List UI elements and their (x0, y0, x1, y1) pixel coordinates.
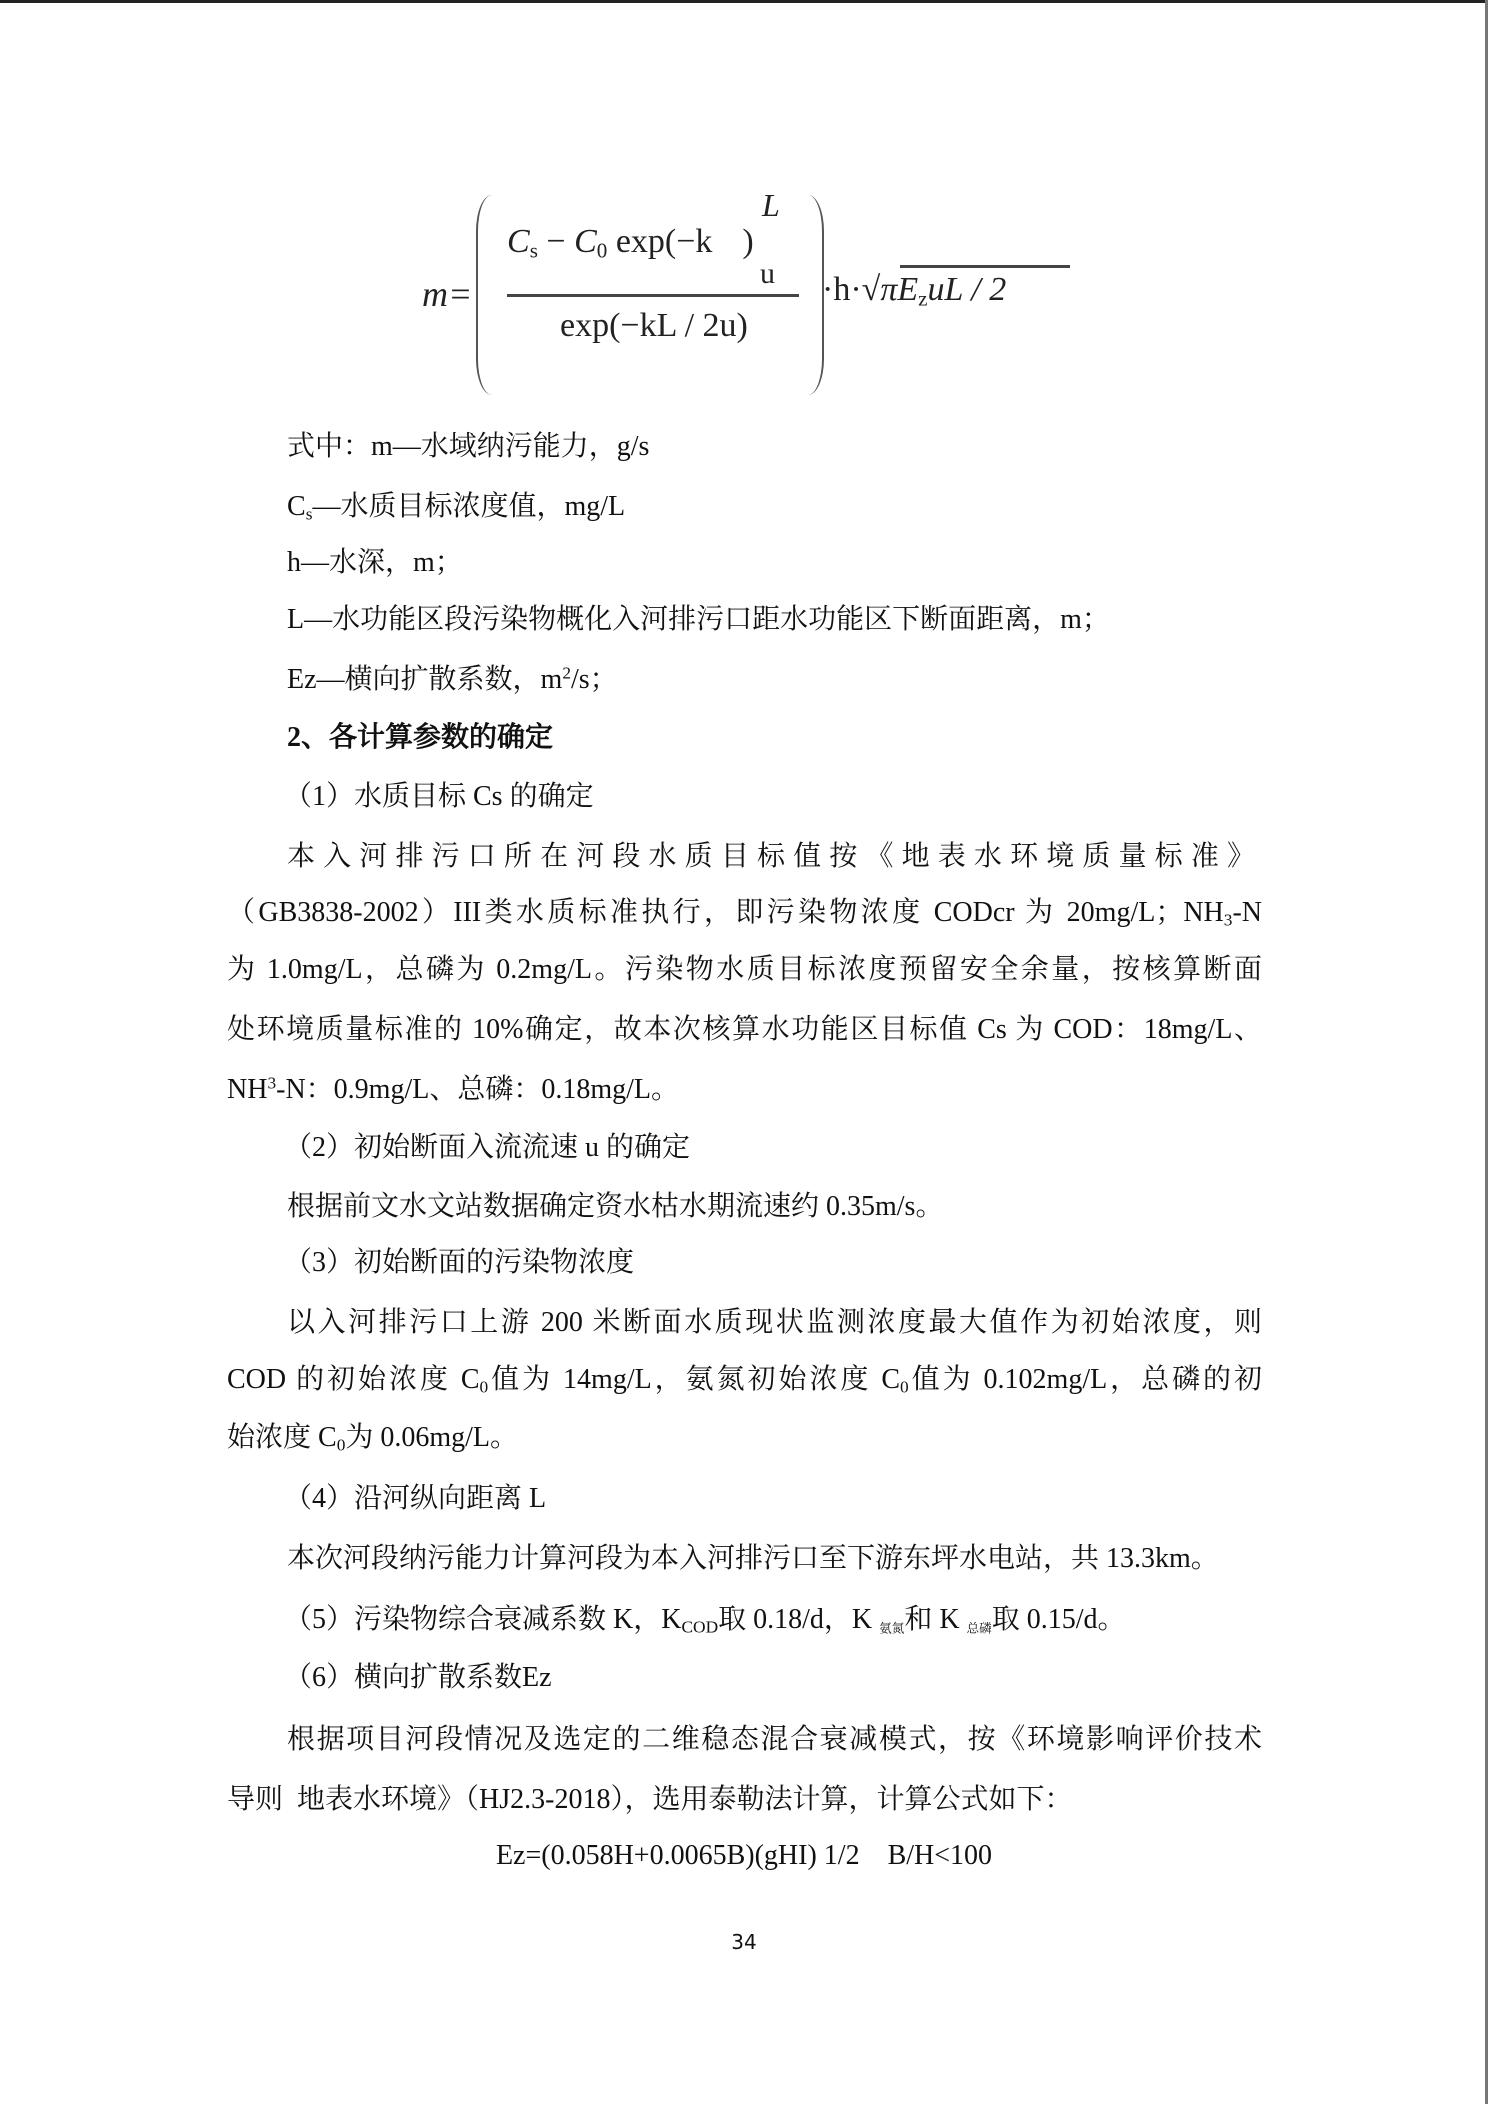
sub3-line1: 以入河排污口上游 200 米断面水质现状监测浓度最大值作为初始浓度，则 (287, 1303, 1262, 1343)
text: 取 0.15/d。 (992, 1604, 1126, 1635)
sub4-title: （4）沿河纵向距离 L (284, 1479, 546, 1519)
text: （GB3838-2002）III类水质标准执行，即污染物浓度 CODcr 为 2… (227, 897, 1224, 928)
radicand-end: uL / 2 (927, 271, 1006, 308)
text: 值为 14mg/L，氨氮初始浓度 C (488, 1364, 900, 1395)
section-heading: 2、各计算参数的确定 (287, 718, 553, 758)
ez-formula: Ez=(0.058H+0.0065B)(gHI) 1/2 B/H<100 (0, 1836, 1488, 1876)
nh3-sup: 3 (267, 1073, 276, 1092)
text: 始浓度 C (227, 1422, 337, 1453)
formula-numerator: Cs − C0 exp(−k) (507, 223, 754, 261)
def-cs: Cs—水质目标浓度值，mg/L (287, 487, 625, 527)
page-number: 34 (0, 1930, 1488, 1954)
formula-L: L (762, 187, 780, 224)
sub1-title: （1）水质目标 Cs 的确定 (284, 777, 594, 817)
def-L: L—水功能区段污染物概化入河排污口距水功能区下断面距离，m； (287, 600, 1110, 640)
formula-denominator: exp(−kL / 2u) (560, 307, 748, 345)
cs-desc: —水质目标浓度值，mg/L (312, 491, 625, 522)
c0-sub: 0 (900, 1377, 909, 1396)
exp-term: exp(−k (607, 223, 712, 260)
c0-sub: 0 (480, 1377, 489, 1396)
sub4-text: 本次河段纳污能力计算河段为本入河排污口至下游东坪水电站，共 13.3km。 (287, 1539, 1219, 1579)
sub3-title: （3）初始断面的污染物浓度 (284, 1243, 634, 1283)
c0-subscript: 0 (597, 238, 608, 262)
cs-subscript: s (530, 238, 538, 262)
minus: − (538, 223, 574, 260)
right-paren (792, 195, 824, 395)
sub1-line5: NH3-N：0.9mg/L、总磷：0.18mg/L。 (227, 1070, 679, 1110)
cs-label: C (287, 491, 306, 522)
sub3-line3: 始浓度 C0为 0.06mg/L。 (227, 1418, 518, 1458)
fraction-bar (507, 294, 799, 297)
text: NH (227, 1074, 267, 1105)
text: COD 的初始浓度 C (227, 1364, 480, 1395)
text: 值为 0.102mg/L，总磷的初 (909, 1364, 1262, 1395)
c0-symbol: C (574, 223, 597, 260)
text: 为 0.06mg/L。 (345, 1422, 518, 1453)
text: （5）污染物综合衰减系数 K，K (284, 1604, 681, 1635)
kcod-sub: COD (681, 1617, 718, 1636)
def-h: h—水深，m； (287, 543, 463, 583)
left-paren (476, 195, 508, 395)
ez-desc: Ez—横向扩散系数，m (287, 664, 562, 695)
sub1-line4: 处环境质量标准的 10%确定，故本次核算水功能区目标值 Cs 为 COD：18m… (227, 1010, 1262, 1050)
sub6-line2: 导则 地表水环境》（HJ2.3-2018），选用泰勒法计算，计算公式如下： (227, 1780, 1072, 1820)
sub5-text: （5）污染物综合衰减系数 K，KCOD取 0.18/d，K 氨氮和 K 总磷取 … (284, 1600, 1126, 1640)
sub3-line2: COD 的初始浓度 C0值为 14mg/L，氨氮初始浓度 C0值为 0.102m… (227, 1360, 1262, 1400)
def-m: 式中：m—水域纳污能力，g/s (287, 427, 649, 467)
cs-symbol: C (507, 223, 530, 260)
formula-lhs: m= (422, 273, 472, 315)
def-ez: Ez—横向扩散系数，m2/s； (287, 660, 618, 700)
sqrt-overline (900, 265, 1070, 268)
page-top-border (0, 0, 1488, 3)
k-phosphorus-sub: 总磷 (967, 1621, 992, 1635)
sub6-title: （6）横向扩散系数Ez (284, 1658, 552, 1698)
sub2-text: 根据前文水文站数据确定资水枯水期流速约 0.35m/s。 (287, 1187, 943, 1227)
sub1-line1: 本入河排污口所在河段水质目标值按《地表水环境质量标准》 (287, 837, 1262, 877)
radicand: πE (880, 271, 918, 308)
formula-pollution-capacity: m= Cs − C0 exp(−k) L u exp(−kL / 2u) ·h·… (410, 195, 1090, 400)
h-sqrt: ·h·√ (822, 271, 880, 308)
formula-u: u (760, 257, 775, 291)
sub2-title: （2）初始断面入流流速 u 的确定 (284, 1128, 690, 1168)
formula-tail: ·h·√πEzuL / 2 (822, 271, 1006, 309)
k-ammonia-sub: 氨氮 (879, 1621, 904, 1635)
sub1-line2: （GB3838-2002）III类水质标准执行，即污染物浓度 CODcr 为 2… (227, 893, 1262, 933)
close-paren: ) (742, 223, 753, 260)
sub1-line3: 为 1.0mg/L，总磷为 0.2mg/L。污染物水质目标浓度预留安全余量，按核… (227, 950, 1262, 990)
text: -N (1232, 897, 1262, 928)
sub6-line1: 根据项目河段情况及选定的二维稳态混合衰减模式，按《环境影响评价技术 (287, 1720, 1262, 1760)
text: 取 0.18/d，K (718, 1604, 879, 1635)
text: 和 K (904, 1604, 966, 1635)
text: -N：0.9mg/L、总磷：0.18mg/L。 (276, 1074, 679, 1105)
ez-sup: 2 (562, 663, 571, 682)
ez-unit: /s； (571, 664, 618, 695)
